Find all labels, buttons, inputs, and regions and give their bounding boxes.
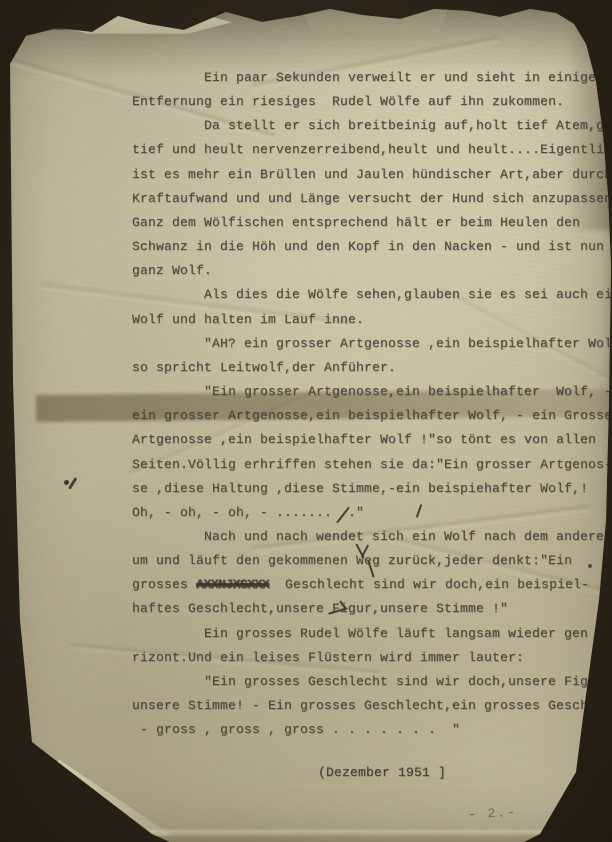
text-line: Wolf und halten im Lauf inne. xyxy=(132,308,612,332)
text-segment: grosses xyxy=(132,577,196,592)
struck-out-word: AXXNJXSXXX xyxy=(196,577,269,592)
date-line: (Dezember 1951 ] xyxy=(318,765,446,780)
text-line: Artgenosse ,ein beispielhafter Wolf !"so… xyxy=(132,428,612,452)
text-line: grosses AXXNJXSXXX Geschlecht sind wir d… xyxy=(132,573,612,597)
text-line: Entfernung ein riesiges Rudel Wölfe auf … xyxy=(132,90,612,114)
text-line: Da stellt er sich breitbeinig auf,holt t… xyxy=(132,114,612,138)
pen-mark xyxy=(68,477,77,489)
text-line: Ein grosses Rudel Wölfe läuft langsam wi… xyxy=(132,622,612,646)
text-line: tief und heult nervenzerreibend,heult un… xyxy=(132,138,612,162)
text-line: Schwanz in die Höh und den Kopf in den N… xyxy=(132,235,612,259)
typewriter-lines: Ein paar Sekunden verweilt er und sieht … xyxy=(132,66,612,742)
text-line: - gross , gross , gross . . . . . . . " xyxy=(132,718,612,742)
text-line: haftes Geschlecht,unsere Figur,unsere St… xyxy=(132,597,612,621)
text-line: Kraftaufwand und und Länge versucht der … xyxy=(132,187,612,211)
photo-background: Ein paar Sekunden verweilt er und sieht … xyxy=(0,0,612,842)
text-line: se ,diese Haltung ,diese Stimme,-ein bei… xyxy=(132,477,612,501)
fold-crease-line xyxy=(47,756,162,842)
text-segment: Geschlecht sind wir doch,ein beispiel- xyxy=(269,577,589,592)
page-number: - 2.- xyxy=(468,805,518,823)
text-line: unsere Stimme! - Ein grosses Geschlecht,… xyxy=(132,694,612,718)
text-line: "Ein grosses Geschlecht sind wir doch,un… xyxy=(132,670,612,694)
text-line: Ein paar Sekunden verweilt er und sieht … xyxy=(132,66,612,90)
text-line: um und läuft den gekommenen Weg zurück,j… xyxy=(132,549,612,573)
torn-paper-flap xyxy=(300,4,450,34)
text-line: ist es mehr ein Brüllen und Jaulen hündi… xyxy=(132,163,612,187)
text-line: so spricht Leitwolf,der Anführer. xyxy=(132,356,612,380)
text-line: rizont.Und ein leises Flüstern wird imme… xyxy=(132,646,612,670)
text-line: Oh, - oh, - oh, - ....... ." xyxy=(132,501,612,525)
text-line: Seiten.Völlig erhriffen stehen sie da:"E… xyxy=(132,453,612,477)
stain-mark xyxy=(45,13,92,32)
manuscript-page: Ein paar Sekunden verweilt er und sieht … xyxy=(0,0,612,842)
stain-mark xyxy=(64,480,69,485)
text-line: Ganz dem Wölfischen entsprechend hält er… xyxy=(132,211,612,235)
text-line: Als dies die Wölfe sehen,glauben sie es … xyxy=(132,283,612,307)
text-line: ein grosser Artgenosse,ein beispielhafte… xyxy=(132,404,612,428)
text-line: ganz Wolf. xyxy=(132,259,612,283)
paper-edge-highlight xyxy=(60,830,560,838)
text-line: "Ein grosser Artgenosse,ein beispielhaft… xyxy=(132,380,612,404)
folded-corner xyxy=(40,748,172,842)
text-line: "AH? ein grosser Artgenosse ,ein beispie… xyxy=(132,332,612,356)
text-line: Nach und nach wendet sich ein Wolf nach … xyxy=(132,525,612,549)
